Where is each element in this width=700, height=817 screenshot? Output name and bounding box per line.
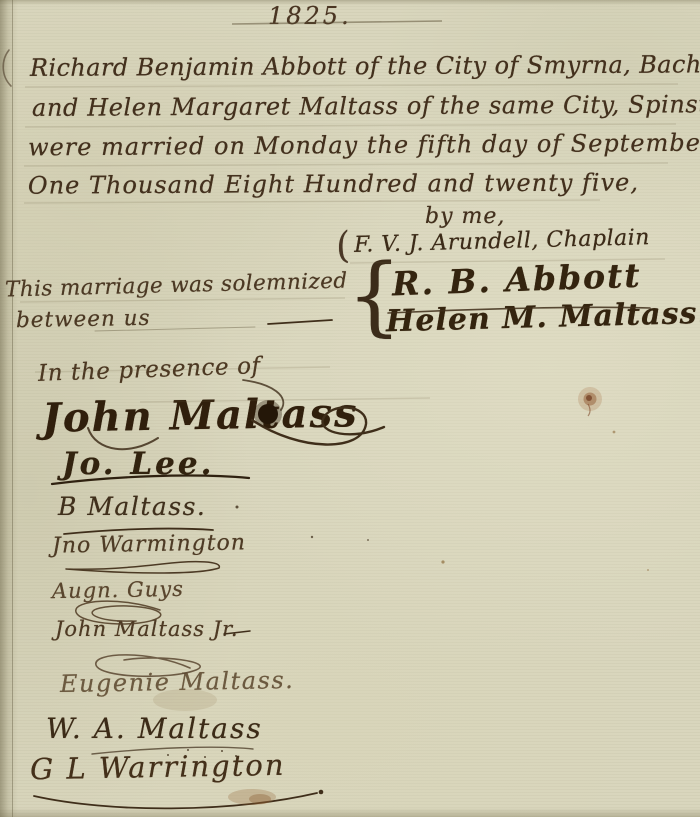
solemnized-note-line-2: between us <box>16 306 151 333</box>
warrington-flourish-end-dot <box>319 790 324 795</box>
witness-signature-g-l-warrington: G L Warrington <box>30 748 286 786</box>
witness-signature-b-maltass: B Maltass. <box>58 492 206 521</box>
witness-signature-jno-warmington: Jno Warmington <box>52 530 246 558</box>
page-gutter-shading <box>0 0 18 817</box>
witness-signature-w-a-maltass: W. A. Maltass <box>46 712 263 745</box>
warmington-loop-underline <box>66 562 219 573</box>
body-line-2: and Helen Margaret Maltass of the same C… <box>32 90 700 122</box>
bride-signature: Helen M. Maltass. <box>386 296 700 339</box>
witness-signature-jo-lee: Jo. Lee. <box>62 446 214 482</box>
groom-signature: R. B. Abbott <box>391 256 642 304</box>
manuscript-page: 1825. Richard Benjamin Abbott of the Cit… <box>0 0 700 817</box>
page-bottom-edge-shading <box>0 808 700 817</box>
witness-signature-john-maltass-jr: John Maltass Jr. <box>55 617 239 641</box>
body-line-3: were married on Monday the fifth day of … <box>28 129 700 162</box>
witness-signature-john-maltass: John Maltass <box>42 389 359 442</box>
fox-spot-stain <box>578 387 602 416</box>
body-line-4: One Thousand Eight Hundred and twenty fi… <box>28 168 639 199</box>
attestation-by-me: by me, <box>425 204 505 229</box>
witness-signature-eugenie-maltass: Eugenie Maltass. <box>60 666 295 698</box>
page-gutter-line <box>12 0 13 817</box>
witness-heading: In the presence of <box>38 353 261 387</box>
solemnized-note-line-1: This marriage was solemnized <box>5 269 348 303</box>
between-us-dash <box>268 320 332 324</box>
witness-signature-augn-guys: Augn. Guys <box>52 577 184 603</box>
year-heading: 1825. <box>268 2 352 30</box>
body-line-1: Richard Benjamin Abbott of the City of S… <box>30 50 700 82</box>
warrington-underline-sweep <box>34 793 317 808</box>
